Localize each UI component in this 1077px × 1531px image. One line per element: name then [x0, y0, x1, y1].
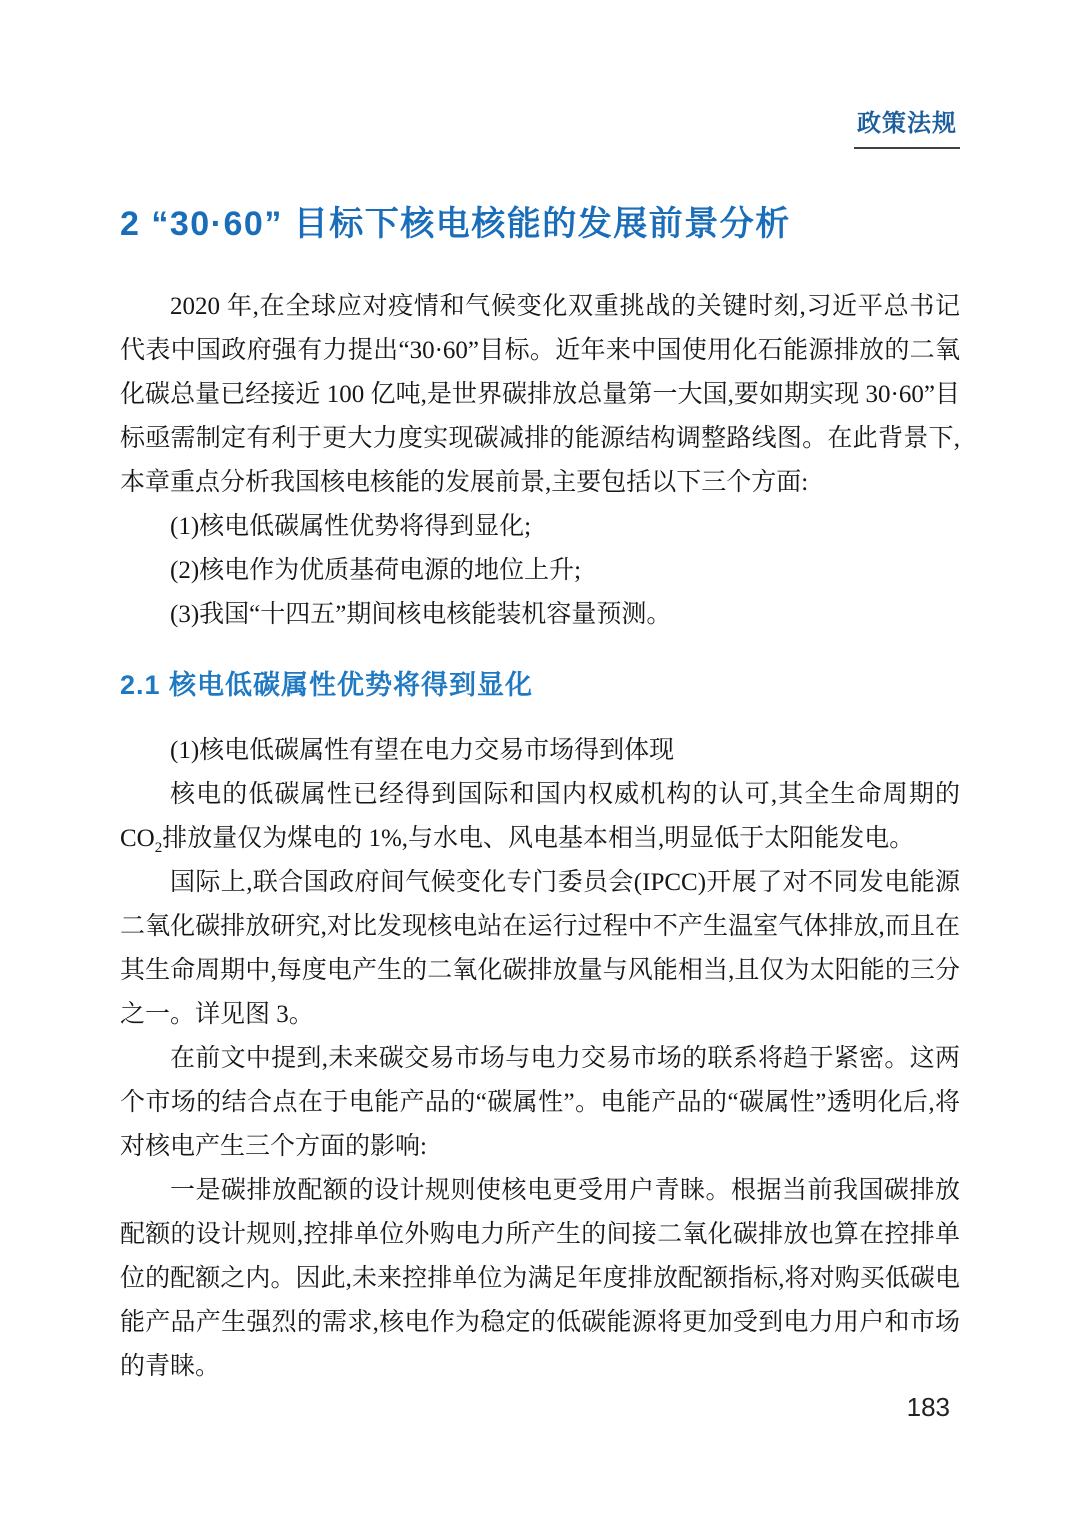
paragraph-intro: 2020 年,在全球应对疫情和气候变化双重挑战的关键时刻,习近平总书记代表中国政…	[120, 285, 960, 505]
document-body: 2020 年,在全球应对疫情和气候变化双重挑战的关键时刻,习近平总书记代表中国政…	[120, 285, 960, 1389]
paragraph-carbon-market: 在前文中提到,未来碳交易市场与电力交易市场的联系将趋于紧密。这两个市场的结合点在…	[120, 1037, 960, 1169]
text-run-after-sub: 排放量仅为煤电的 1%,与水电、风电基本相当,明显低于太阳能发电。	[162, 825, 914, 852]
page-number: 183	[907, 1392, 950, 1423]
page-header: 政策法规	[120, 110, 960, 152]
chapter-title: 2 “30·60” 目标下核电核能的发展前景分析	[120, 204, 960, 245]
paragraph-subpoint-1: (1)核电低碳属性有望在电力交易市场得到体现	[120, 729, 960, 773]
paragraph-co2: 核电的低碳属性已经得到国际和国内权威机构的认可,其全生命周期的 CO2排放量仅为…	[120, 773, 960, 861]
list-item-3: (3)我国“十四五”期间核电核能装机容量预测。	[120, 593, 960, 637]
list-item-2: (2)核电作为优质基荷电源的地位上升;	[120, 549, 960, 593]
document-page: 政策法规 2 “30·60” 目标下核电核能的发展前景分析 2020 年,在全球…	[0, 0, 1077, 1531]
list-item-1: (1)核电低碳属性优势将得到显化;	[120, 505, 960, 549]
paragraph-ipcc: 国际上,联合国政府间气候变化专门委员会(IPCC)开展了对不同发电能源二氧化碳排…	[120, 861, 960, 1037]
header-category-label: 政策法规	[854, 110, 960, 149]
section-heading-2-1: 2.1 核电低碳属性优势将得到显化	[120, 663, 960, 707]
paragraph-quota-rules: 一是碳排放配额的设计规则使核电更受用户青睐。根据当前我国碳排放配额的设计规则,控…	[120, 1169, 960, 1389]
